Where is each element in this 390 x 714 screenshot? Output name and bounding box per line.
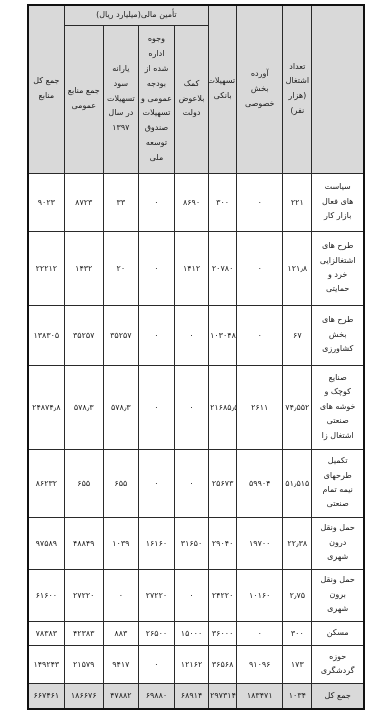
value-cell: ۱۷۳	[283, 645, 312, 683]
value-cell: ۱۳۸۳۰۵	[28, 305, 64, 365]
value-cell: ۷۴٫۵۵۲	[283, 365, 312, 449]
value-cell: ۸۶۲۳۲	[28, 449, 64, 517]
value-cell: ۶۱۶۰۰	[28, 569, 64, 621]
row-label: جمع کل	[312, 683, 364, 709]
value-cell: ۲۲۱	[283, 173, 312, 231]
value-cell: ۳۶۰۰۰	[209, 621, 237, 645]
value-cell: ۸۶۹۰	[174, 173, 208, 231]
value-cell: ۵۷۸٫۳	[103, 365, 138, 449]
value-cell: ۱۹۷۰۰	[237, 517, 283, 569]
value-cell: ۴۲۳۸۳	[64, 621, 103, 645]
value-cell: ۱۰۳۴	[283, 683, 312, 709]
col-header-public-total: جمع منابع عمومی	[64, 25, 103, 173]
value-cell: ۶۵۵	[64, 449, 103, 517]
value-cell: ۳۵۲۵۷	[103, 305, 138, 365]
value-cell: ۳۱۶۵۰	[174, 517, 208, 569]
col-header-private-sector: آورده بخش خصوصی	[237, 5, 283, 173]
value-cell: ۷۸۳۸۳	[28, 621, 64, 645]
col-header-bank-facilities: تسهیلات بانکی	[209, 5, 237, 173]
value-cell: ۰	[103, 569, 138, 621]
col-header-subsidy: یارانه سود تسهیلات در سال ۱۳۹۷	[103, 25, 138, 173]
value-cell: ۹۱۰۹۶	[237, 645, 283, 683]
row-label: مسکن	[312, 621, 364, 645]
value-cell: ۲۱۶۸۵٫۵	[209, 365, 237, 449]
value-cell: ۰	[174, 305, 208, 365]
value-cell: ۲۴۲۲۰	[209, 569, 237, 621]
value-cell: ۲۴۸۷۴٫۸	[28, 365, 64, 449]
value-cell: ۰	[237, 305, 283, 365]
value-cell: ۱۰۳۰۴۸	[209, 305, 237, 365]
value-cell: ۹۷۵۸۹	[28, 517, 64, 569]
table-row: حمل ونقل برون شهری۲٫۷۵۱۰۱۶۰۲۴۲۲۰۰۲۷۲۲۰۰۲…	[28, 569, 364, 621]
value-cell: ۰	[138, 449, 174, 517]
value-cell: ۳۶۵۶۸	[209, 645, 237, 683]
value-cell: ۲٫۷۵	[283, 569, 312, 621]
value-cell: ۱۵۰۰۰	[174, 621, 208, 645]
table-row: مسکن۳۰۰۰۳۶۰۰۰۱۵۰۰۰۲۶۵۰۰۸۸۳۴۲۳۸۳۷۸۳۸۳	[28, 621, 364, 645]
col-header-employment: تعداد اشتغال (هزار نفر)	[283, 5, 312, 173]
value-cell: ۶۹۸۸۰	[138, 683, 174, 709]
value-cell: ۰	[138, 231, 174, 305]
value-cell: ۹۰۲۳	[28, 173, 64, 231]
col-header-grant: کمک بلاعوض دولت	[174, 25, 208, 173]
value-cell: ۲۲٫۳۸	[283, 517, 312, 569]
value-cell: ۸۷۲۳	[64, 173, 103, 231]
value-cell: ۳۳	[103, 173, 138, 231]
financing-table: تعداد اشتغال (هزار نفر) آورده بخش خصوصی …	[27, 4, 365, 710]
row-label: سیاست های فعال بازار کار	[312, 173, 364, 231]
value-cell: ۵۱٫۵۱۵	[283, 449, 312, 517]
row-label: حمل ونقل برون شهری	[312, 569, 364, 621]
page: تعداد اشتغال (هزار نفر) آورده بخش خصوصی …	[0, 0, 390, 710]
value-cell: ۱۶۱۶۰	[138, 517, 174, 569]
value-cell: ۶۵۵	[103, 449, 138, 517]
value-cell: ۰	[174, 569, 208, 621]
table-row: تکمیل طرحهای نیمه تمام صنعتی۵۱٫۵۱۵۵۹۹۰۴۲…	[28, 449, 364, 517]
value-cell: ۵۹۹۰۴	[237, 449, 283, 517]
value-cell: ۰	[138, 305, 174, 365]
value-cell: ۱۲۱۶۲	[174, 645, 208, 683]
value-cell: ۱۲۱٫۸	[283, 231, 312, 305]
value-cell: ۱۸۶۶۷۶	[64, 683, 103, 709]
value-cell: ۰	[138, 645, 174, 683]
value-cell: ۲۹۷۳۱۴	[209, 683, 237, 709]
value-cell: ۲۶۵۰۰	[138, 621, 174, 645]
value-cell: ۲۶۱۱	[237, 365, 283, 449]
table-row: سیاست های فعال بازار کار۲۲۱۰۳۰۰۸۶۹۰۰۳۳۸۷…	[28, 173, 364, 231]
value-cell: ۲۵۶۷۳	[209, 449, 237, 517]
value-cell: ۹۴۱۷	[103, 645, 138, 683]
table-header: تعداد اشتغال (هزار نفر) آورده بخش خصوصی …	[28, 5, 364, 173]
value-cell: ۵۷۸٫۳	[64, 365, 103, 449]
value-cell: ۲۰۷۸۰	[209, 231, 237, 305]
value-cell: ۱۰۳۹	[103, 517, 138, 569]
row-label: تکمیل طرحهای نیمه تمام صنعتی	[312, 449, 364, 517]
value-cell: ۲۱۵۷۹	[64, 645, 103, 683]
totals-row: جمع کل۱۰۳۴۱۸۳۴۷۱۲۹۷۳۱۴۶۸۹۱۴۶۹۸۸۰۴۷۸۸۲۱۸۶…	[28, 683, 364, 709]
value-cell: ۶۶۷۴۶۱	[28, 683, 64, 709]
col-header-grand-total: جمع کل منابع	[28, 5, 64, 173]
row-label: حمل ونقل درون شهری	[312, 517, 364, 569]
value-cell: ۰	[174, 449, 208, 517]
header-band-row: تعداد اشتغال (هزار نفر) آورده بخش خصوصی …	[28, 5, 364, 25]
value-cell: ۲۷۲۲۰	[64, 569, 103, 621]
table-row: صنایع کوچک و خوشه های صنعتی اشتغال زا۷۴٫…	[28, 365, 364, 449]
value-cell: ۳۵۲۵۷	[64, 305, 103, 365]
value-cell: ۴۸۸۴۹	[64, 517, 103, 569]
row-label: طرح های بخش کشاورزی	[312, 305, 364, 365]
value-cell: ۸۸۳	[103, 621, 138, 645]
value-cell: ۱۰۱۶۰	[237, 569, 283, 621]
table-row: حوزه گردشگری۱۷۳۹۱۰۹۶۳۶۵۶۸۱۲۱۶۲۰۹۴۱۷۲۱۵۷۹…	[28, 645, 364, 683]
merged-financing-header: تأمین مالی(میلیارد ریال)	[64, 5, 208, 25]
value-cell: ۱۴۱۲	[174, 231, 208, 305]
row-label: طرح های اشتغالزایی خرد و حمایتی	[312, 231, 364, 305]
row-label: صنایع کوچک و خوشه های صنعتی اشتغال زا	[312, 365, 364, 449]
value-cell: ۱۸۳۴۷۱	[237, 683, 283, 709]
table-row: طرح های اشتغالزایی خرد و حمایتی۱۲۱٫۸۰۲۰۷…	[28, 231, 364, 305]
value-cell: ۱۴۹۲۴۳	[28, 645, 64, 683]
value-cell: ۱۴۳۲	[64, 231, 103, 305]
value-cell: ۳۰۰	[283, 621, 312, 645]
value-cell: ۰	[138, 365, 174, 449]
value-cell: ۶۸۹۱۴	[174, 683, 208, 709]
col-header-managed-funds: وجوه اداره شده از بودجه عمومی و تسهیلات …	[138, 25, 174, 173]
value-cell: ۲۲۲۱۲	[28, 231, 64, 305]
value-cell: ۰	[138, 173, 174, 231]
value-cell: ۰	[174, 365, 208, 449]
value-cell: ۰	[237, 173, 283, 231]
value-cell: ۰	[237, 621, 283, 645]
value-cell: ۰	[237, 231, 283, 305]
value-cell: ۶۷	[283, 305, 312, 365]
value-cell: ۲۰	[103, 231, 138, 305]
table-row: حمل ونقل درون شهری۲۲٫۳۸۱۹۷۰۰۲۹۰۴۰۳۱۶۵۰۱۶…	[28, 517, 364, 569]
header-row-label-empty	[312, 5, 364, 173]
table-row: طرح های بخش کشاورزی۶۷۰۱۰۳۰۴۸۰۰۳۵۲۵۷۳۵۲۵۷…	[28, 305, 364, 365]
value-cell: ۲۷۲۲۰	[138, 569, 174, 621]
row-label: حوزه گردشگری	[312, 645, 364, 683]
value-cell: ۴۷۸۸۲	[103, 683, 138, 709]
table-body: سیاست های فعال بازار کار۲۲۱۰۳۰۰۸۶۹۰۰۳۳۸۷…	[28, 173, 364, 709]
value-cell: ۲۹۰۴۰	[209, 517, 237, 569]
value-cell: ۳۰۰	[209, 173, 237, 231]
